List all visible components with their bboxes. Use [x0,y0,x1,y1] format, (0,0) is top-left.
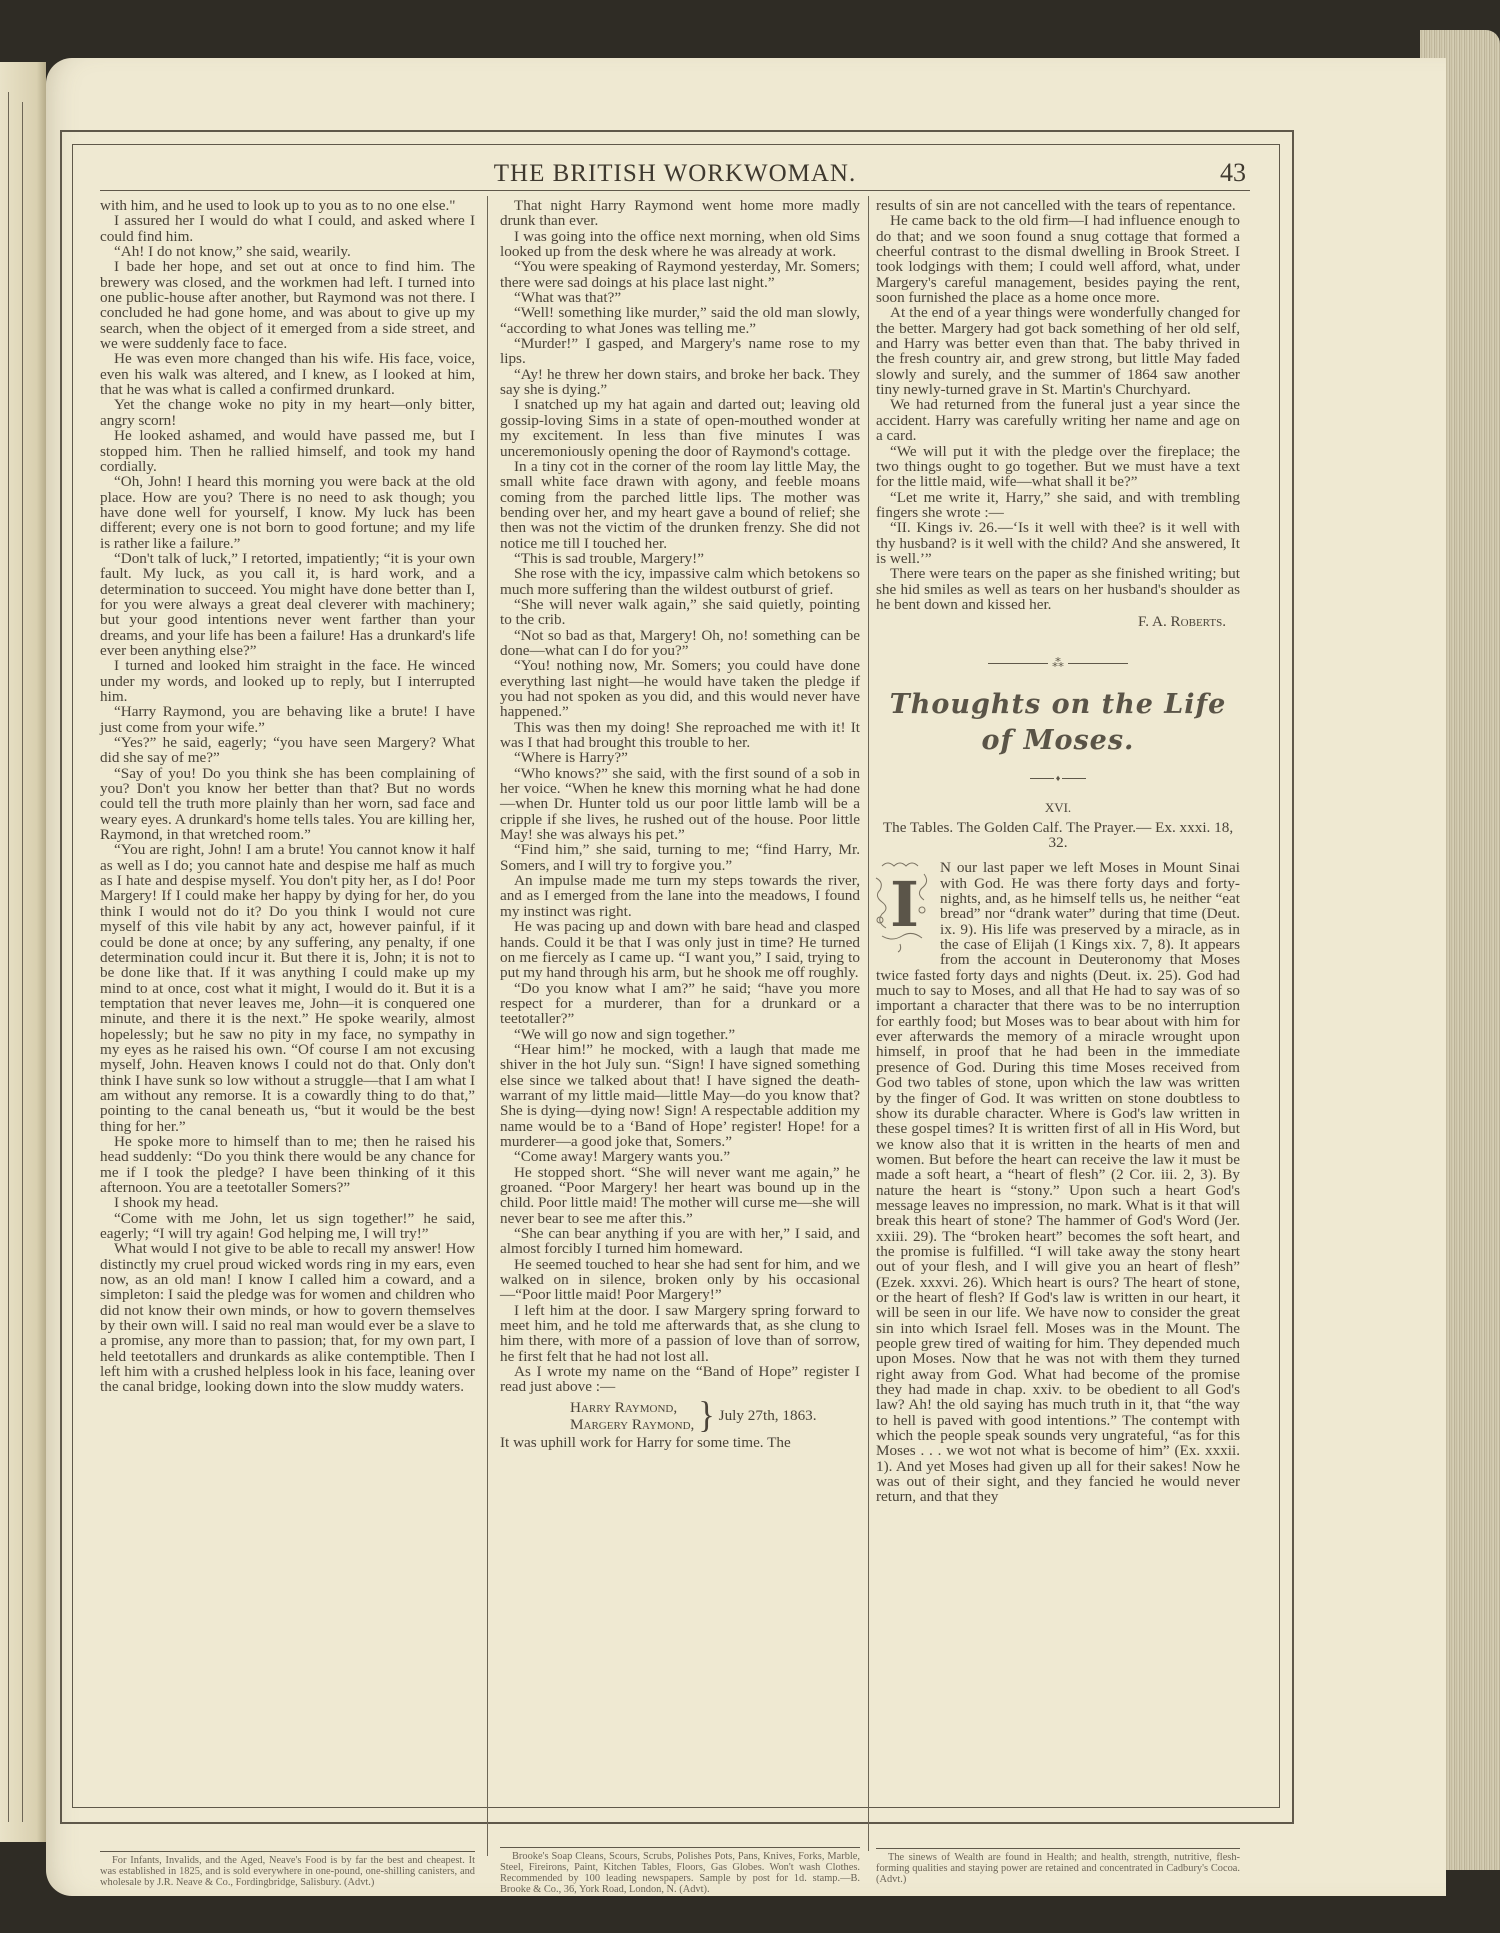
paragraph: N our last paper we left Moses in Mount … [876,860,1240,1504]
paragraph: An impulse made me turn my steps towards… [500,873,860,919]
paragraph: “Harry Raymond, you are behaving like a … [100,704,475,735]
paragraph: “Come with me John, let us sign together… [100,1211,475,1242]
paragraph: “Come away! Margery wants you.” [500,1149,860,1164]
signing-date: July 27th, 1863. [719,1408,817,1423]
paragraph: I snatched up my hat again and darted ou… [500,397,860,458]
paragraph: “What was that?” [500,290,860,305]
dropcap-letter: I [890,874,919,936]
paragraph: “Hear him!” he mocked, with a laugh that… [500,1042,860,1149]
paragraph: In a tiny cot in the corner of the room … [500,459,860,551]
article-body: I N our last paper we left Moses in Moun… [876,860,1240,1504]
column-divider [868,196,869,1851]
paragraph: He spoke more to himself than to me; the… [100,1134,475,1195]
column-1: with him, and he used to look up to you … [100,198,475,1395]
divider-line [988,663,1048,665]
paragraph: with him, and he used to look up to you … [100,198,475,213]
paragraph: “Do you know what I am?” he said; “have … [500,981,860,1027]
brace-glyph: } [698,1399,714,1432]
paragraph: “This is sad trouble, Margery!” [500,551,860,566]
paragraph: I shook my head. [100,1195,475,1210]
paragraph: “Oh, John! I heard this morning you were… [100,474,475,551]
paragraph: I left him at the door. I saw Margery sp… [500,1303,860,1364]
paragraph: As I wrote my name on the “Band of Hope”… [500,1364,860,1395]
paragraph: “Don't talk of luck,” I retorted, impati… [100,551,475,658]
paragraph: He came back to the old firm—I had influ… [876,213,1240,305]
page-number: 43 [1220,158,1246,188]
paragraph: It was uphill work for Harry for some ti… [500,1435,860,1450]
paragraph: What would I not give to be able to reca… [100,1241,475,1394]
divider-line [1030,778,1054,779]
title-divider: ♦ [876,771,1240,786]
paragraph: “Find him,” she said, turning to me; “fi… [500,842,860,873]
signer-name: Margery Raymond, [570,1416,694,1433]
column-2: That night Harry Raymond went home more … [500,198,860,1450]
ad-text: Brooke's Soap Cleans, Scours, Scrubs, Po… [500,1851,860,1895]
paragraph: “You are right, John! I am a brute! You … [100,842,475,1134]
paragraph: results of sin are not cancelled with th… [876,198,1240,213]
paragraph: I was going into the office next morning… [500,229,860,260]
signer-name: Harry Raymond, [570,1399,694,1416]
article-subtitle: The Tables. The Golden Calf. The Prayer.… [876,820,1240,851]
paragraph: “Not so bad as that, Margery! Oh, no! so… [500,628,860,659]
paragraph: Yet the change woke no pity in my heart—… [100,397,475,428]
paragraph: She rose with the icy, impassive calm wh… [500,566,860,597]
paragraph: He was pacing up and down with bare head… [500,919,860,980]
paragraph: “Ay! he threw her down stairs, and broke… [500,367,860,398]
signer-names: Harry Raymond, Margery Raymond, [570,1399,694,1433]
register-signatures: Harry Raymond, Margery Raymond, } July 2… [570,1399,860,1433]
paragraph: At the end of a year things were wonderf… [876,305,1240,397]
paragraph: This was then my doing! She reproached m… [500,720,860,751]
paragraph: He seemed touched to hear she had sent f… [500,1257,860,1303]
paragraph: There were tears on the paper as she fin… [876,566,1240,612]
paragraph: “You! nothing now, Mr. Somers; you could… [500,658,860,719]
paragraph: “We will go now and sign together.” [500,1027,860,1042]
advertisement-brookes-soap: Brooke's Soap Cleans, Scours, Scrubs, Po… [500,1847,860,1895]
column-3: results of sin are not cancelled with th… [876,198,1240,1505]
paragraph: “Let me write it, Harry,” she said, and … [876,490,1240,521]
paragraph: “She can bear anything if you are with h… [500,1226,860,1257]
left-page-rule [8,92,9,1822]
ornamental-dropcap: I [872,860,934,954]
paragraph: “Who knows?” she said, with the first so… [500,766,860,843]
section-divider: ⁂ [876,656,1240,671]
article-number: XVI. [876,800,1240,815]
paragraph: “She will never walk again,” she said qu… [500,597,860,628]
ad-text: The sinews of Wealth are found in Health… [876,1852,1240,1885]
paragraph: “Say of you! Do you think she has been c… [100,766,475,843]
advertisement-neaves-food: For Infants, Invalids, and the Aged, Nea… [100,1851,475,1888]
paragraph: I assured her I would do what I could, a… [100,213,475,244]
article-title: Thoughts on the Life of Moses. [876,687,1240,759]
divider-line [1062,778,1086,779]
paragraph: He was even more changed than his wife. … [100,351,475,397]
paragraph: He stopped short. “She will never want m… [500,1165,860,1226]
paragraph: I bade her hope, and set out at once to … [100,259,475,351]
left-page-rule [22,102,23,1822]
paragraph: “Yes?” he said, eagerly; “you have seen … [100,735,475,766]
running-header: THE BRITISH WORKWOMAN. 43 [100,156,1250,191]
paragraph: That night Harry Raymond went home more … [500,198,860,229]
paragraph: “You were speaking of Raymond yesterday,… [500,259,860,290]
column-divider [487,196,488,1856]
paragraph: “II. Kings iv. 26.—‘Is it well with thee… [876,520,1240,566]
masthead: THE BRITISH WORKWOMAN. [100,160,1250,188]
fleuron-icon: ⁂ [1048,656,1068,671]
diamond-icon: ♦ [1054,771,1063,786]
advertisement-cadburys-cocoa: The sinews of Wealth are found in Health… [876,1848,1240,1885]
ad-text: For Infants, Invalids, and the Aged, Nea… [100,1855,475,1888]
paragraph: “We will put it with the pledge over the… [876,444,1240,490]
left-page-edge [0,62,46,1842]
paragraph: “Well! something like murder,” said the … [500,305,860,336]
paragraph: “Where is Harry?” [500,750,860,765]
divider-line [1068,663,1128,665]
paragraph: We had returned from the funeral just a … [876,397,1240,443]
paragraph: “Ah! I do not know,” she said, wearily. [100,244,475,259]
paragraph: I turned and looked him straight in the … [100,658,475,704]
author-signature: F. A. Roberts. [876,614,1240,629]
paragraph: He looked ashamed, and would have passed… [100,428,475,474]
paragraph: “Murder!” I gasped, and Margery's name r… [500,336,860,367]
